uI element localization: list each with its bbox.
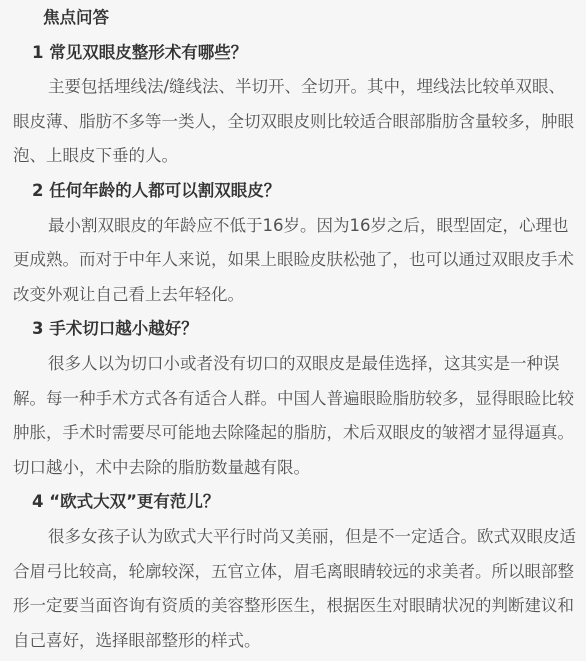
question-4-heading: 4 “欧式大双”更有范儿？ xyxy=(13,485,576,520)
answer-3-paragraph: 很多人以为切口小或者没有切口的双眼皮是最佳选择，这其实是一种误解。每一种手术方式… xyxy=(13,347,576,485)
question-1-heading: 1 常见双眼皮整形术有哪些？ xyxy=(13,36,576,71)
question-2-heading: 2 任何年龄的人都可以割双眼皮？ xyxy=(13,174,576,209)
article-title: 焦点问答 xyxy=(13,1,576,36)
answer-1-paragraph: 主要包括埋线法/缝线法、半切开、全切开。其中，埋线法比较单双眼、眼皮薄、脂肪不多… xyxy=(13,70,576,174)
answer-4-paragraph: 很多女孩子认为欧式大平行时尚又美丽，但是不一定适合。欧式双眼皮适合眉弓比较高，轮… xyxy=(13,520,576,658)
question-3-heading: 3 手术切口越小越好？ xyxy=(13,312,576,347)
answer-2-paragraph: 最小割双眼皮的年龄应不低于16岁。因为16岁之后，眼型固定，心理也更成熟。而对于… xyxy=(13,209,576,313)
article-body: 焦点问答 1 常见双眼皮整形术有哪些？ 主要包括埋线法/缝线法、半切开、全切开。… xyxy=(0,0,586,658)
